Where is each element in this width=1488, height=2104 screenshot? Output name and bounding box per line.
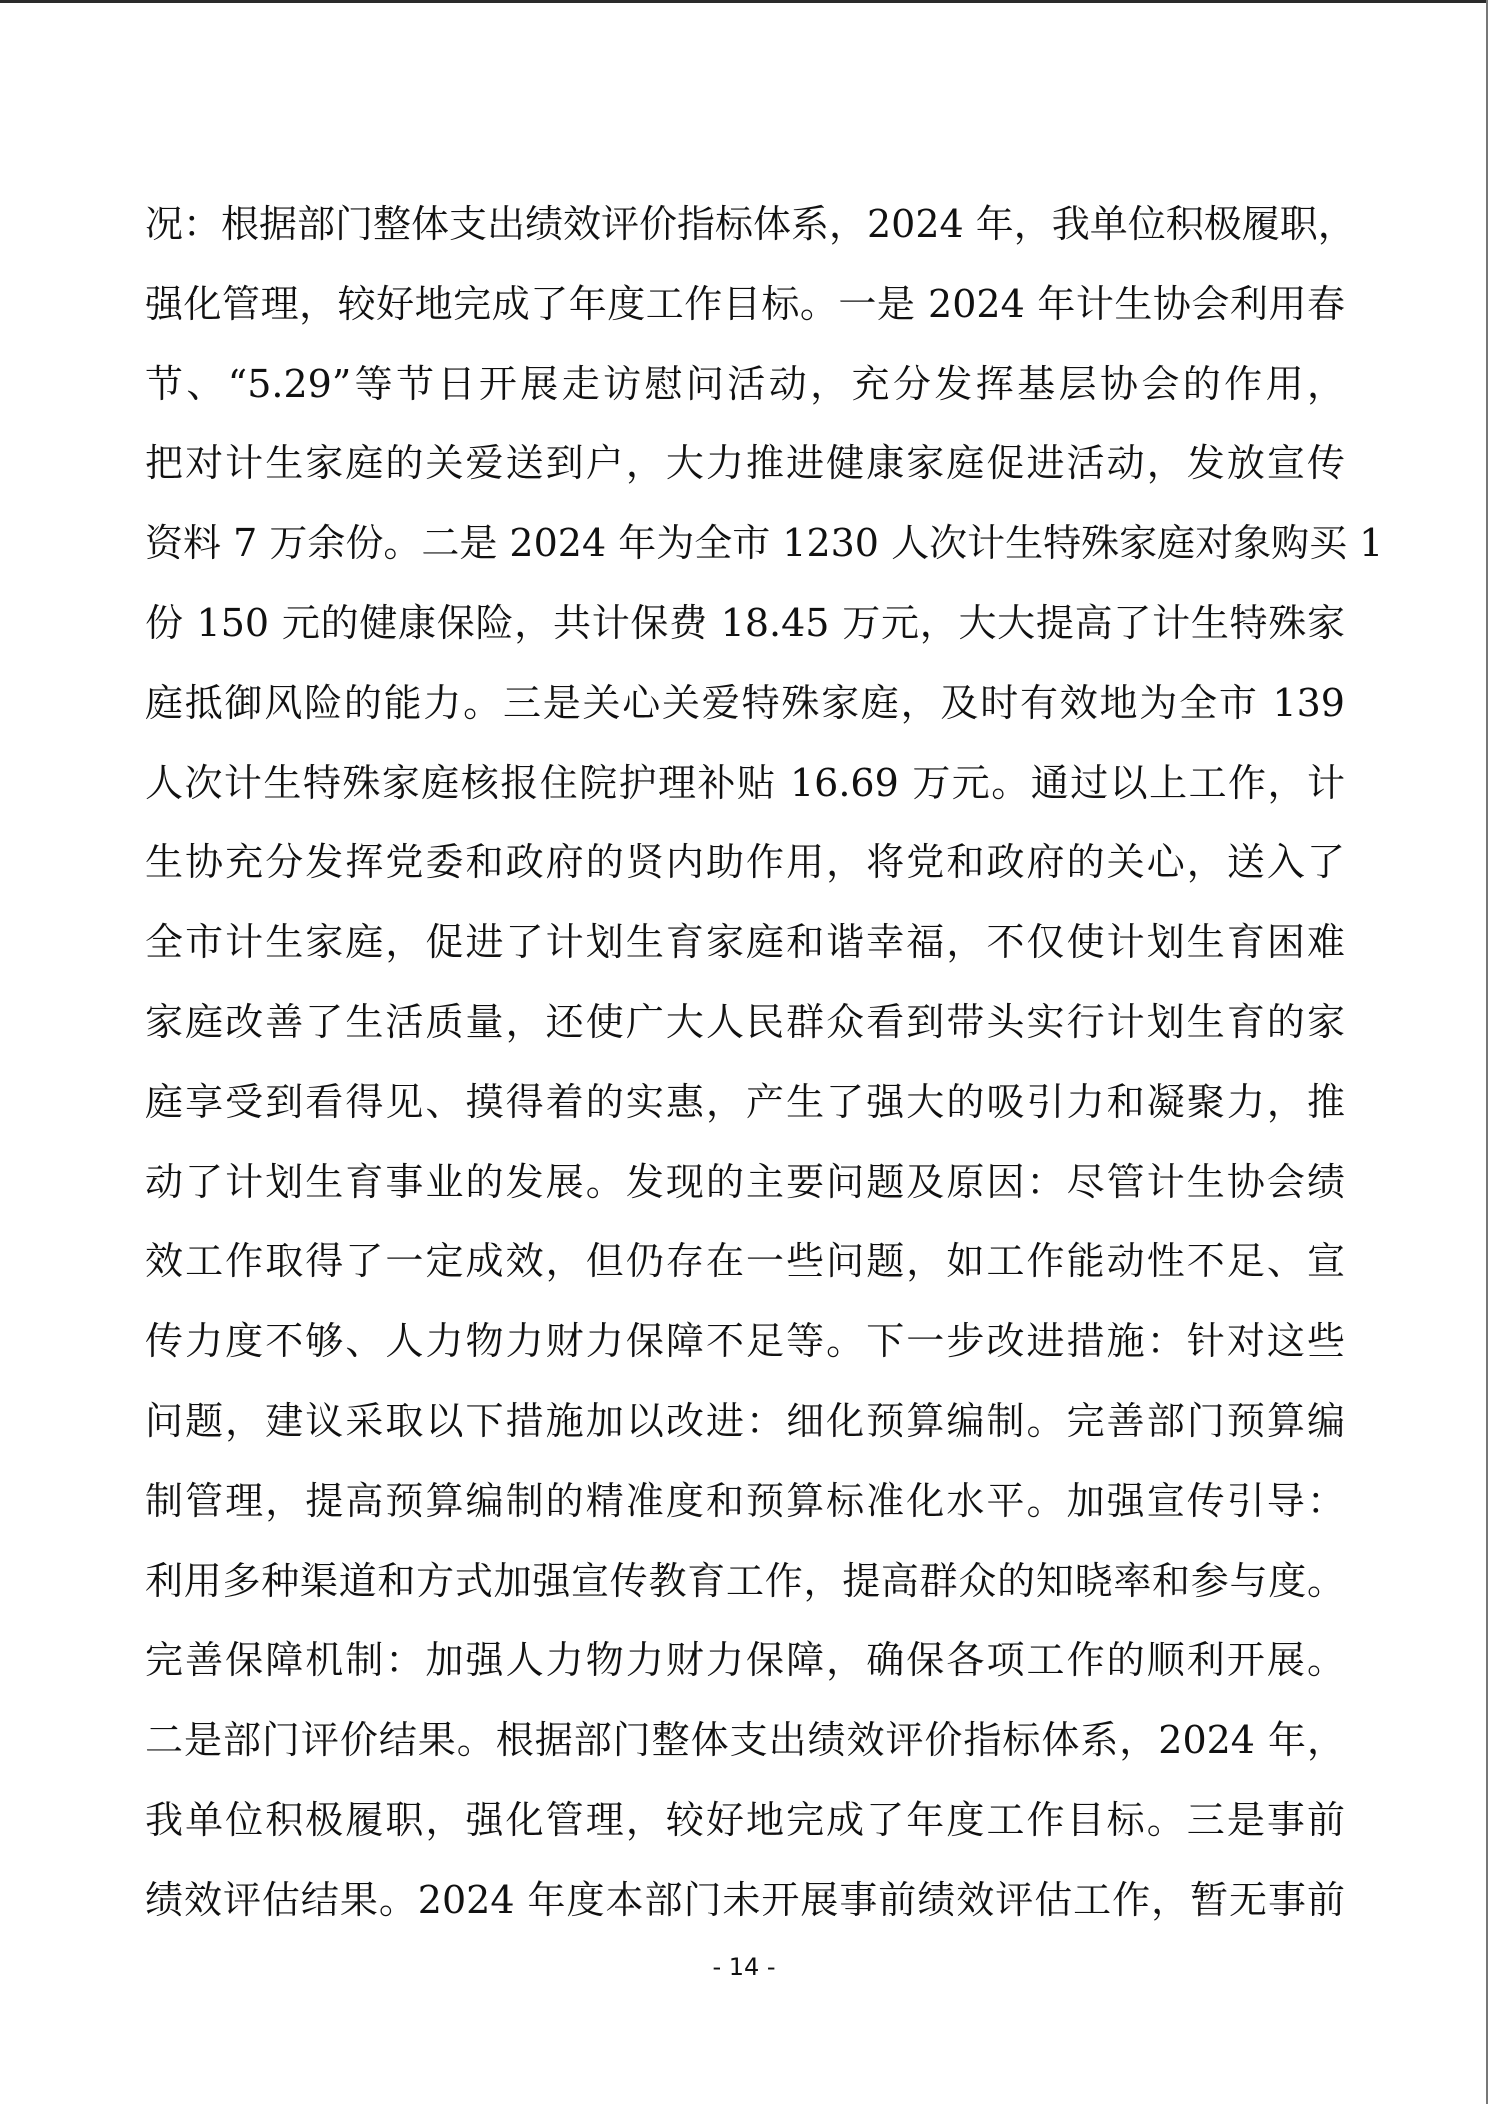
- document-body: 况：根据部门整体支出绩效评价指标体系，2024 年，我单位积极履职， 强化管理，…: [145, 185, 1345, 1941]
- text-line: 资料 7 万余份。二是 2024 年为全市 1230 人次计生特殊家庭对象购买 …: [145, 504, 1345, 584]
- text-line: 把对计生家庭的关爱送到户，大力推进健康家庭促进活动，发放宣传: [145, 424, 1345, 504]
- page-top-border: [0, 0, 1488, 3]
- text-line: 家庭改善了生活质量，还使广大人民群众看到带头实行计划生育的家: [145, 983, 1345, 1063]
- text-line: 节、“5.29”等节日开展走访慰问活动，充分发挥基层协会的作用，: [145, 345, 1345, 425]
- text-line: 况：根据部门整体支出绩效评价指标体系，2024 年，我单位积极履职，: [145, 185, 1345, 265]
- text-line: 利用多种渠道和方式加强宣传教育工作，提高群众的知晓率和参与度。: [145, 1542, 1345, 1622]
- text-line: 份 150 元的健康保险，共计保费 18.45 万元，大大提高了计生特殊家: [145, 584, 1345, 664]
- page-number: - 14 -: [0, 1950, 1488, 1984]
- text-line: 二是部门评价结果。根据部门整体支出绩效评价指标体系，2024 年，: [145, 1701, 1345, 1781]
- text-line: 问题，建议采取以下措施加以改进：细化预算编制。完善部门预算编: [145, 1382, 1345, 1462]
- text-line: 我单位积极履职，强化管理，较好地完成了年度工作目标。三是事前: [145, 1781, 1345, 1861]
- text-line: 绩效评估结果。2024 年度本部门未开展事前绩效评估工作，暂无事前: [145, 1861, 1345, 1941]
- text-line: 庭享受到看得见、摸得着的实惠，产生了强大的吸引力和凝聚力，推: [145, 1063, 1345, 1143]
- text-line: 庭抵御风险的能力。三是关心关爱特殊家庭，及时有效地为全市 139: [145, 664, 1345, 744]
- text-line: 制管理，提高预算编制的精准度和预算标准化水平。加强宣传引导：: [145, 1462, 1345, 1542]
- text-line: 生协充分发挥党委和政府的贤内助作用，将党和政府的关心，送入了: [145, 823, 1345, 903]
- text-line: 传力度不够、人力物力财力保障不足等。下一步改进措施：针对这些: [145, 1302, 1345, 1382]
- text-line: 全市计生家庭，促进了计划生育家庭和谐幸福，不仅使计划生育困难: [145, 903, 1345, 983]
- text-line: 强化管理，较好地完成了年度工作目标。一是 2024 年计生协会利用春: [145, 265, 1345, 345]
- text-line: 效工作取得了一定成效，但仍存在一些问题，如工作能动性不足、宣: [145, 1222, 1345, 1302]
- text-line: 动了计划生育事业的发展。发现的主要问题及原因：尽管计生协会绩: [145, 1143, 1345, 1223]
- text-line: 人次计生特殊家庭核报住院护理补贴 16.69 万元。通过以上工作，计: [145, 744, 1345, 824]
- text-line: 完善保障机制：加强人力物力财力保障，确保各项工作的顺利开展。: [145, 1621, 1345, 1701]
